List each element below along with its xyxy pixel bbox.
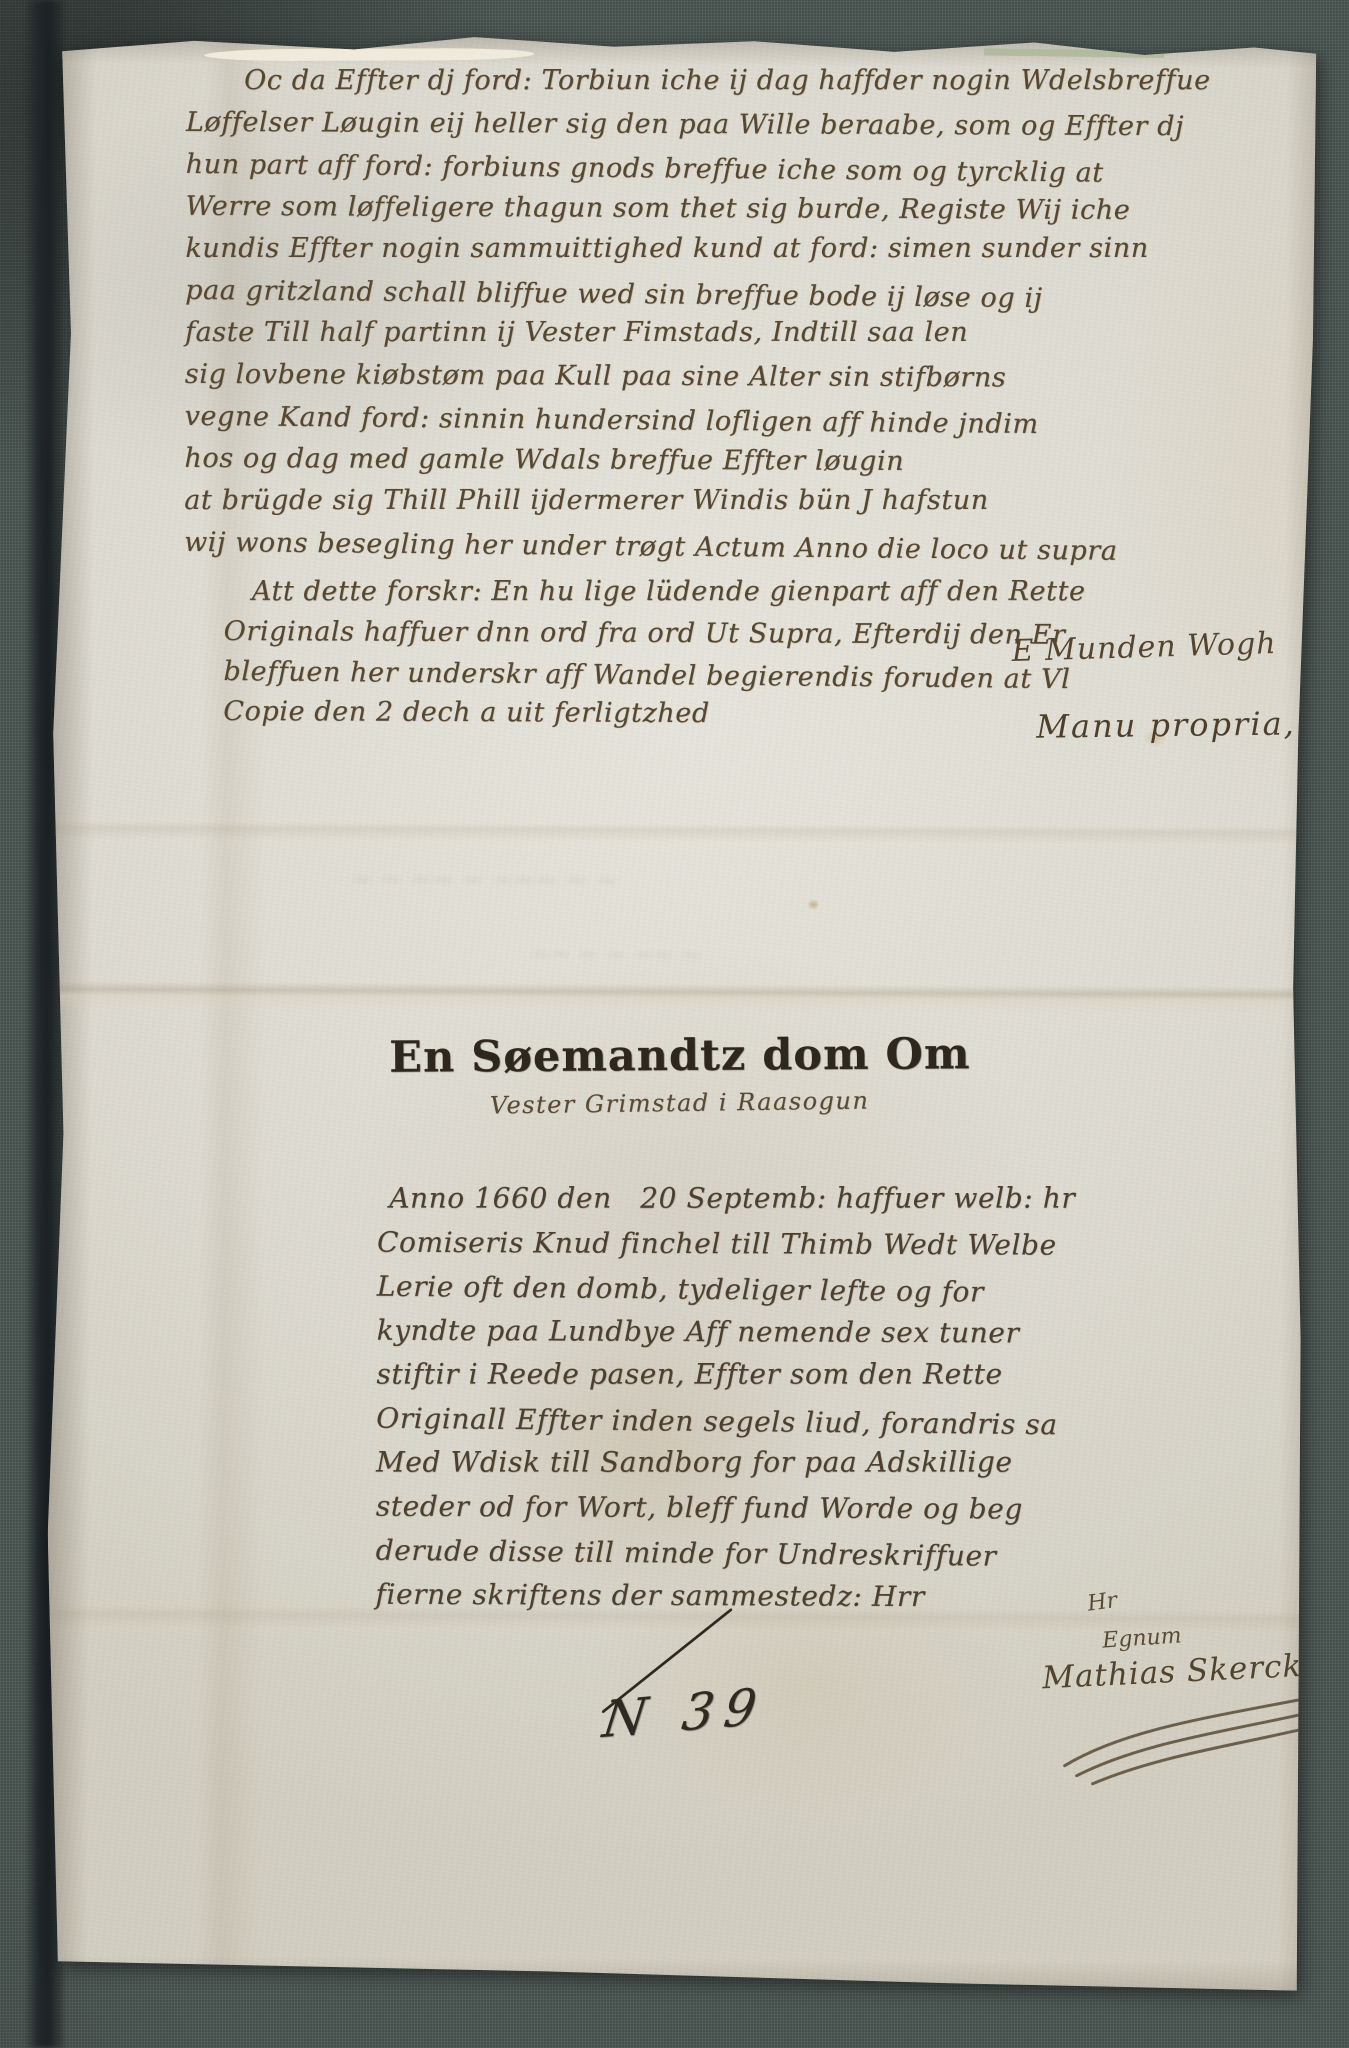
hand-line: derude disse till minde for Undreskriffu… (375, 1529, 1335, 1582)
hand-line: sig lovbene kiøbstøm paa Kull paa sine A… (185, 354, 1295, 401)
hand-line: Comiseris Knud finchel till Thimb Wedt W… (377, 1221, 1337, 1269)
bottom-signature-name-small: Egnum (1102, 1623, 1183, 1653)
section-heading-subtitle: Vester Grimstad i Raasogun (299, 1084, 1059, 1122)
manuscript-page: Oc da Effter dj ford: Torbiun iche ij da… (46, 33, 1321, 1995)
hand-line: steder od for Wort, bleff fund Worde og … (376, 1485, 1336, 1533)
hand-line: Løffelser Løugin eij heller sig den paa … (186, 102, 1296, 149)
closing-text-block: Att dette forskr: En hu lige lüdende gie… (223, 572, 1124, 736)
hand-line: faste Till half partinn ij Vester Fimsta… (185, 312, 1295, 354)
bottom-signature-prefix: Hr (1086, 1588, 1119, 1617)
manu-propria-note: Manu propria, (1036, 704, 1296, 745)
section-heading-block: En Søemandtz dom Om Vester Grimstad i Ra… (300, 1029, 1060, 1118)
hand-line: wij wons besegling her under trøgt Actum… (184, 522, 1294, 575)
archival-photo-scene: Oc da Effter dj ford: Torbiun iche ij da… (0, 0, 1349, 2048)
ink-showthrough: ~~ ~ ~ ~~ ~ (530, 940, 701, 969)
signature-flourish (1057, 1688, 1349, 1799)
hand-line: Oc da Effter dj ford: Torbiun iche ij da… (244, 60, 1296, 102)
main-text-block: Oc da Effter dj ford: Torbiun iche ij da… (184, 60, 1296, 569)
adjacent-page-sliver (984, 48, 1164, 58)
hand-line: at brügde sig Thill Phill ijdermerer Win… (184, 480, 1294, 522)
hand-line: Att dette forskr: En hu lige lüdende gie… (252, 572, 1124, 612)
hand-line: kundis Effter nogin sammuittighed kund a… (185, 228, 1295, 270)
hand-line: Originals haffuer dnn ord fra ord Ut Sup… (224, 612, 1124, 656)
hand-line: stiftir i Reede pasen, Effter som den Re… (376, 1353, 1336, 1397)
ink-showthrough: ~ ~ ~~ ~ ~~~ ~ ~ (351, 865, 619, 896)
section-heading-title: En Søemandtz dom Om (300, 1029, 1060, 1084)
closing-signature: E Munden Wogh (1011, 626, 1277, 669)
verdict-text-block: Anno 1660 den 20 Septemb: haffuer welb: … (375, 1177, 1337, 1621)
hand-line: Lerie oft den domb, tydeliger lefte og f… (377, 1265, 1337, 1318)
hand-line: Anno 1660 den 20 Septemb: haffuer welb: … (389, 1177, 1337, 1221)
archive-number: N 39 (599, 1677, 769, 1749)
hand-line: Med Wdisk till Sandborg for paa Adskilli… (376, 1441, 1336, 1485)
